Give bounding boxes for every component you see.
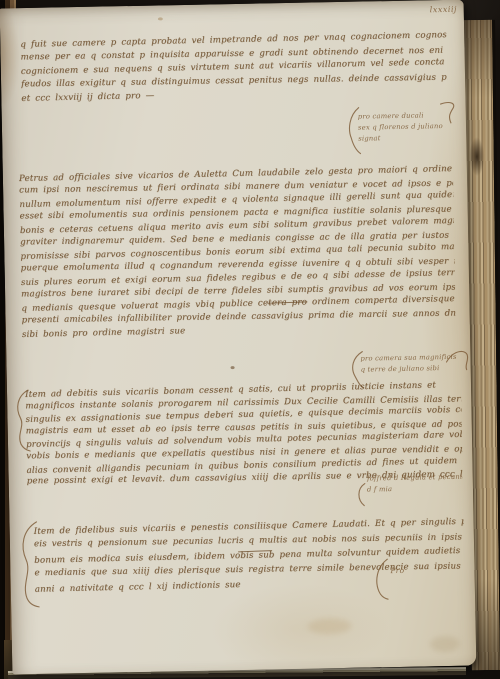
paper-stain [430, 636, 460, 653]
margin-note-2: pro camera sua magnificisq terre de juli… [360, 352, 456, 376]
paper-stain [307, 618, 351, 635]
manuscript-text-line: Pro [390, 564, 430, 576]
pen-flourish [444, 346, 470, 372]
manuscript-text-line: d f mia [367, 483, 463, 496]
folio-number: lxxxiij [430, 5, 457, 15]
manuscript-text-line: signat [358, 132, 444, 145]
manuscript-paragraph-1: q fuit sue camere p capta probata vel im… [20, 30, 447, 106]
manuscript-page: lxxxiij q fuit sue camere p capta probat… [0, 0, 476, 674]
margin-note-1: pro camere ducalisex q florenos d julian… [358, 110, 445, 145]
manuscript-paragraph-4: Item de fidelibus suis vicariis e penest… [34, 516, 465, 596]
manuscript-paragraph-2: Petrus ad officiales sive vicarios de Au… [19, 164, 456, 341]
margin-brace [355, 482, 367, 508]
margin-note-3: Joffred d Regula et pecuniad f mia [367, 472, 463, 496]
margin-brace [372, 557, 391, 601]
ink-spot [158, 17, 163, 20]
manuscript-text-line: Joffred d Regula et pecunia [367, 472, 463, 485]
pen-flourish [437, 100, 459, 126]
manuscript-photo: lxxxiij q fuit sue camere p capta probat… [0, 0, 500, 679]
margin-note-4: Pro [390, 564, 430, 576]
manuscript-text-line: q terre de juliano sibi [361, 363, 457, 376]
ink-spot [231, 366, 235, 369]
manuscript-text-line: sex q florenos d juliano [358, 121, 444, 134]
